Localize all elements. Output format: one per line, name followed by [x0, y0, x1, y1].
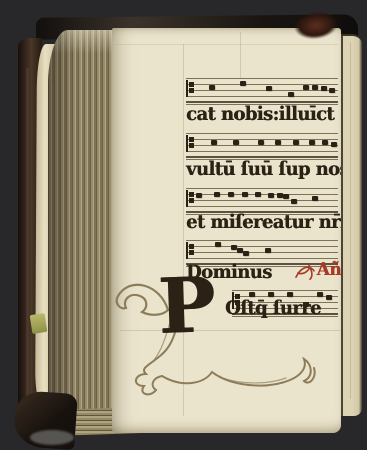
worn-leather-patch: [30, 430, 74, 445]
staff-line: [186, 133, 338, 134]
neume-note: [312, 85, 318, 90]
music-staff: [186, 133, 338, 161]
page-stack-gutter: [48, 30, 120, 432]
neume-note: [209, 85, 215, 90]
neume-note: [215, 242, 221, 247]
neume-note: [214, 192, 220, 197]
chant-text-line: cat nobis:illuīct: [186, 103, 341, 128]
clef-icon: [186, 135, 194, 152]
page-stack-shading: [48, 30, 120, 432]
staff-line: [186, 145, 338, 146]
neume-note: [268, 193, 274, 198]
neume-note: [331, 142, 337, 147]
staff-line: [186, 258, 338, 259]
staff-line: [186, 246, 338, 247]
neume-note: [329, 88, 335, 93]
neume-note: [233, 140, 239, 145]
chant-text-line: et miſereatur nr̄i.: [186, 211, 341, 236]
initial-flourish-decoration: [112, 272, 332, 422]
chant-text-line: vultū ſuū ſup nos: [186, 158, 341, 183]
neume-note: [196, 193, 202, 198]
staff-line: [186, 96, 338, 97]
music-staff: [186, 78, 338, 106]
leaf-marker: [30, 313, 48, 334]
neume-note: [228, 192, 234, 197]
neume-note: [321, 86, 327, 91]
staff-line: [186, 188, 338, 189]
staff-line: [186, 151, 338, 152]
staff-line: [186, 194, 338, 195]
neume-note: [293, 140, 299, 145]
clef-icon: [186, 80, 194, 97]
clef-icon: [186, 190, 194, 207]
staff-line: [186, 206, 338, 207]
neume-note: [240, 81, 246, 86]
neume-note: [303, 85, 309, 90]
neume-note: [309, 140, 315, 145]
fore-edge-pages: [341, 34, 362, 416]
neume-note: [283, 194, 289, 199]
staff-line: [186, 78, 338, 79]
clef-icon: [186, 242, 194, 259]
neume-note: [291, 199, 297, 204]
neume-note: [258, 140, 264, 145]
neume-note: [322, 140, 328, 145]
fore-edge-line: [350, 42, 351, 399]
decorated-initial: P: [157, 275, 216, 336]
neume-note: [243, 251, 249, 256]
neume-note: [266, 86, 272, 91]
neume-note: [288, 92, 294, 97]
manuscript-photo: cat nobis:illuīct vultū ſuū ſup nos et m…: [0, 0, 367, 450]
neume-note: [255, 192, 261, 197]
neume-note: [211, 140, 217, 145]
manuscript-page: cat nobis:illuīct vultū ſuū ſup nos et m…: [112, 28, 341, 433]
spine-highlight: [26, 68, 29, 398]
staff-line: [186, 90, 338, 91]
neume-note: [275, 140, 281, 145]
neume-note: [312, 196, 318, 201]
staff-line: [186, 252, 338, 253]
staff-line: [186, 240, 338, 241]
neume-note: [242, 192, 248, 197]
neume-note: [265, 248, 271, 253]
